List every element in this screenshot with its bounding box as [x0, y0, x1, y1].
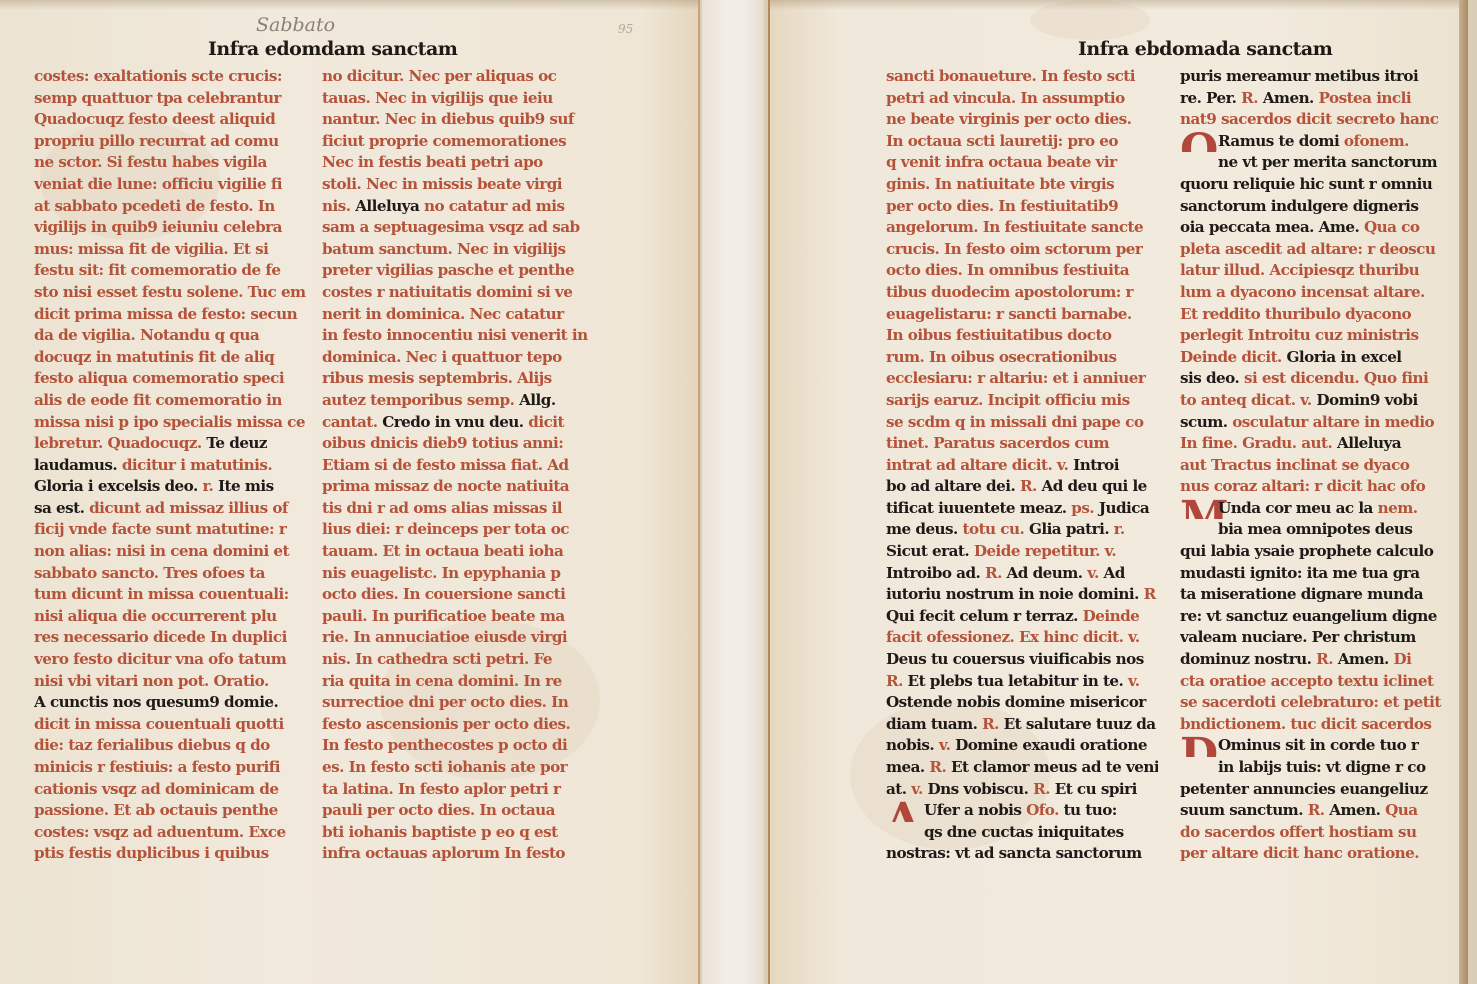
- liturgical-text: Credo in vnu deu.: [382, 413, 523, 431]
- text-line: preter vigilias pasche et penthe: [322, 260, 594, 282]
- text-line: ne vt per merita sanctorum: [1180, 152, 1452, 174]
- text-line: infra octauas aplorum In festo: [322, 843, 594, 865]
- rubric-text: tauam. Et in octaua beati ioha: [322, 542, 563, 560]
- rubric-text: die: taz ferialibus diebus q do: [34, 736, 270, 754]
- rubric-text: ribus mesis septembris. Alijs: [322, 369, 552, 387]
- rubric-text: In festo penthecostes p octo di: [322, 736, 567, 754]
- liturgical-text: Ad deu qui le: [1041, 477, 1146, 495]
- rubric-text: infra octauas aplorum In festo: [322, 844, 565, 862]
- text-line: nobis. v. Domine exaudi oratione: [886, 735, 1158, 757]
- text-line: sis deo. si est dicendu. Quo fini: [1180, 368, 1452, 390]
- rubric-text: rie. In annuciatioe eiusde virgi: [322, 628, 567, 646]
- rubric-text: pauli. In purificatioe beate ma: [322, 607, 565, 625]
- text-line: at. v. Dns vobiscu. R. Et cu spiri: [886, 779, 1158, 801]
- liturgical-text: nostras: vt ad sancta sanctorum: [886, 844, 1142, 862]
- text-line: bo ad altare dei. R. Ad deu qui le: [886, 476, 1158, 498]
- text-line: ecclesiaru: r altariu: et i anniuer: [886, 368, 1158, 390]
- text-line: Gloria i excelsis deo. r. Ite mis: [34, 476, 306, 498]
- rubric-text: sabbato sancto. Tres ofoes ta: [34, 564, 265, 582]
- running-head: Infra ebdomada sanctam: [1078, 38, 1332, 60]
- text-line: MUnda cor meu ac la nem.: [1180, 498, 1452, 520]
- text-line: q venit infra octaua beate vir: [886, 152, 1158, 174]
- text-line: petri ad vincula. In assumptio: [886, 88, 1158, 110]
- text-line: tis dni r ad oms alias missas il: [322, 498, 594, 520]
- text-line: tauam. Et in octaua beati ioha: [322, 541, 594, 563]
- rubric-text: semp quattuor tpa celebrantur: [34, 89, 281, 107]
- text-line: minicis r festiuis: a festo purifi: [34, 757, 306, 779]
- text-line: bia mea omnipotes deus: [1180, 519, 1452, 541]
- text-line: Etiam si de festo missa fiat. Ad: [322, 455, 594, 477]
- rubric-text: R.: [1020, 477, 1042, 495]
- rubric-text: intrat ad altare dicit. v.: [886, 456, 1073, 474]
- text-line: costes: vsqz ad aduentum. Exce: [34, 822, 306, 844]
- rubric-text: ecclesiaru: r altariu: et i anniuer: [886, 369, 1145, 387]
- rubric-text: preter vigilias pasche et penthe: [322, 261, 574, 279]
- rubric-text: non alias: nisi in cena domini et: [34, 542, 289, 560]
- rubric-text: v.: [1128, 672, 1139, 690]
- text-line: pleta ascedit ad altare: r deoscu: [1180, 239, 1452, 261]
- liturgical-text: Amen.: [1329, 801, 1385, 819]
- rubric-text: Deide repetitur. v.: [974, 542, 1116, 560]
- text-line: no dicitur. Nec per aliquas oc: [322, 66, 594, 88]
- liturgical-text: Allg.: [519, 391, 555, 409]
- rubric-text: r.: [202, 477, 218, 495]
- text-line: surrectioe dni per octo dies. In: [322, 692, 594, 714]
- text-line: Et reddito thuribulo dyacono: [1180, 304, 1452, 326]
- liturgical-text: sa est.: [34, 499, 89, 517]
- rubric-text: perlegit Introitu cuz ministris: [1180, 326, 1419, 344]
- liturgical-text: laudamus.: [34, 456, 122, 474]
- rubric-text: ginis. In natiuitate bte virgis: [886, 175, 1114, 193]
- running-head: Infra edomdam sanctam: [208, 38, 457, 60]
- text-line: iutoriu nostrum in noie domini. R: [886, 584, 1158, 606]
- rubric-text: R.: [982, 715, 1004, 733]
- liturgical-text: Gloria in excel: [1287, 348, 1402, 366]
- decorated-initial: M: [1180, 498, 1218, 520]
- text-line: ne sctor. Si festu habes vigila: [34, 152, 306, 174]
- rubric-text: bndictionem. tuc dicit sacerdos: [1180, 715, 1431, 733]
- liturgical-text: re. Per.: [1180, 89, 1241, 107]
- text-line: missa nisi p ipo specialis missa ce: [34, 412, 306, 434]
- text-line: ficiut proprie comemorationes: [322, 131, 594, 153]
- rubric-text: nat9 sacerdos dicit secreto hanc: [1180, 110, 1438, 128]
- text-line: nat9 sacerdos dicit secreto hanc: [1180, 109, 1452, 131]
- rubric-text: latur illud. Accipiesqz thuribu: [1180, 261, 1419, 279]
- text-line: non alias: nisi in cena domini et: [34, 541, 306, 563]
- text-line: octo dies. In omnibus festiuita: [886, 260, 1158, 282]
- text-line: bti iohanis baptiste p eo q est: [322, 822, 594, 844]
- liturgical-text: Gloria i excelsis deo.: [34, 477, 202, 495]
- liturgical-text: Ufer a nobis: [924, 801, 1026, 819]
- rubric-text: v.: [911, 780, 927, 798]
- text-line: ta latina. In festo aplor petri r: [322, 779, 594, 801]
- liturgical-text: Dns vobiscu.: [927, 780, 1033, 798]
- rubric-text: nis.: [322, 197, 355, 215]
- rubric-text: totu cu.: [963, 520, 1029, 538]
- text-line: sam a septuagesima vsqz ad sab: [322, 217, 594, 239]
- rubric-text: ficij vnde facte sunt matutine: r: [34, 520, 286, 538]
- rubric-text: Di: [1394, 650, 1412, 668]
- text-line: mudasti ignito: ita me tua gra: [1180, 563, 1452, 585]
- text-line: tauas. Nec in vigilijs que ieiu: [322, 88, 594, 110]
- text-line: me deus. totu cu. Glia patri. r.: [886, 519, 1158, 541]
- rubric-text: Etiam si de festo missa fiat. Ad: [322, 456, 569, 474]
- text-line: costes r natiuitatis domini si ve: [322, 282, 594, 304]
- rubric-text: passione. Et ab octauis penthe: [34, 801, 278, 819]
- rubric-text: cta oratioe accepto textu iclinet: [1180, 672, 1433, 690]
- rubric-text: Qua: [1385, 801, 1417, 819]
- text-line: aut Tractus inclinat se dyaco: [1180, 455, 1452, 477]
- liturgical-text: quoru reliquie hic sunt r omniu: [1180, 175, 1432, 193]
- rubric-text: ta latina. In festo aplor petri r: [322, 780, 560, 798]
- liturgical-text: Ad deum.: [1007, 564, 1088, 582]
- rubric-text: facit ofessionez. Ex hinc dicit. v.: [886, 628, 1140, 646]
- text-column-left-1: costes: exaltationis scte crucis:semp qu…: [34, 66, 306, 865]
- text-line: re. Per. R. Amen. Postea incli: [1180, 88, 1452, 110]
- text-line: perlegit Introitu cuz ministris: [1180, 325, 1452, 347]
- rubric-text: lum a dyacono incensat altare.: [1180, 283, 1425, 301]
- rubric-text: oibus dnicis dieb9 totius anni:: [322, 434, 563, 452]
- liturgical-text: Unda cor meu ac la: [1218, 499, 1378, 517]
- text-line: diam tuam. R. Et salutare tuuz da: [886, 714, 1158, 736]
- liturgical-text: re: vt sanctuz euangelium digne: [1180, 607, 1437, 625]
- rubric-text: R.: [1308, 801, 1330, 819]
- rubric-text: per altare dicit hanc oratione.: [1180, 844, 1419, 862]
- liturgical-text: qs dne cuctas iniquitates: [924, 823, 1124, 841]
- text-line: Deus tu couersus viuificabis nos: [886, 649, 1158, 671]
- text-line: nus coraz altari: r dicit hac ofo: [1180, 476, 1452, 498]
- page-top-shadow: [770, 0, 1468, 10]
- rubric-text: autez temporibus semp.: [322, 391, 519, 409]
- text-line: R. Et plebs tua letabitur in te. v.: [886, 671, 1158, 693]
- liturgical-text: mea.: [886, 758, 929, 776]
- rubric-text: R.: [1316, 650, 1338, 668]
- liturgical-text: tificat iuuentete meaz.: [886, 499, 1071, 517]
- rubric-text: r.: [1114, 520, 1125, 538]
- text-line: in festo innocentiu nisi venerit in: [322, 325, 594, 347]
- text-line: valeam nuciare. Per christum: [1180, 627, 1452, 649]
- rubric-text: festo ascensionis per octo dies.: [322, 715, 570, 733]
- text-line: semp quattuor tpa celebrantur: [34, 88, 306, 110]
- rubric-text: cantat.: [322, 413, 382, 431]
- text-line: sto nisi esset festu solene. Tuc em: [34, 282, 306, 304]
- text-line: pauli per octo dies. In octaua: [322, 800, 594, 822]
- text-line: at sabbato pcedeti de festo. In: [34, 196, 306, 218]
- text-line: AUfer a nobis Ofo. tu tuo:: [886, 800, 1158, 822]
- text-line: vero festo dicitur vna ofo tatum: [34, 649, 306, 671]
- text-line: prima missaz de nocte natiuita: [322, 476, 594, 498]
- text-line: dominica. Nec i quattuor tepo: [322, 347, 594, 369]
- rubric-text: dicit: [524, 413, 564, 431]
- text-line: pauli. In purificatioe beate ma: [322, 606, 594, 628]
- rubric-text: to anteq dicat. v.: [1180, 391, 1316, 409]
- text-line: da de vigilia. Notandu q qua: [34, 325, 306, 347]
- rubric-text: Ofo.: [1026, 801, 1063, 819]
- text-line: veniat die lune: officiu vigilie fi: [34, 174, 306, 196]
- text-line: in labijs tuis: vt digne r co: [1180, 757, 1452, 779]
- text-line: A cunctis nos quesum9 domie.: [34, 692, 306, 714]
- text-line: mus: missa fit de vigilia. Et si: [34, 239, 306, 261]
- rubric-text: ne sctor. Si festu habes vigila: [34, 153, 267, 171]
- liturgical-text: bo ad altare dei.: [886, 477, 1020, 495]
- liturgical-text: valeam nuciare. Per christum: [1180, 628, 1416, 646]
- decorated-initial: O: [1180, 131, 1218, 153]
- rubric-text: festo aliqua comemoratio speci: [34, 369, 284, 387]
- rubric-text: tauas. Nec in vigilijs que ieiu: [322, 89, 553, 107]
- text-line: laudamus. dicitur i matutinis.: [34, 455, 306, 477]
- rubric-text: sancti bonaueture. In festo scti: [886, 67, 1135, 85]
- rubric-text: res necessario dicede In duplici: [34, 628, 287, 646]
- liturgical-text: Qui fecit celum r terraz.: [886, 607, 1083, 625]
- rubric-text: nus coraz altari: r dicit hac ofo: [1180, 477, 1425, 495]
- liturgical-text: Ad: [1104, 564, 1125, 582]
- text-line: DOminus sit in corde tuo r: [1180, 735, 1452, 757]
- liturgical-text: mudasti ignito: ita me tua gra: [1180, 564, 1420, 582]
- rubric-text: nantur. Nec in diebus quib9 suf: [322, 110, 574, 128]
- rubric-text: ne beate virginis per octo dies.: [886, 110, 1131, 128]
- text-line: crucis. In festo oim sctorum per: [886, 239, 1158, 261]
- liturgical-text: qui labia ysaie prophete calculo: [1180, 542, 1433, 560]
- liturgical-text: Te deuz: [206, 434, 267, 452]
- text-line: tificat iuuentete meaz. ps. Judica: [886, 498, 1158, 520]
- liturgical-text: scum.: [1180, 413, 1232, 431]
- rubric-text: ria quita in cena domini. In re: [322, 672, 562, 690]
- text-line: es. In festo scti iohanis ate por: [322, 757, 594, 779]
- rubric-text: dicunt ad missaz illius of: [89, 499, 288, 517]
- liturgical-text: puris mereamur metibus itroi: [1180, 67, 1418, 85]
- liturgical-text: petenter annuncies euangeliuz: [1180, 780, 1428, 798]
- rubric-text: lebretur. Quadocuqz.: [34, 434, 206, 452]
- text-line: latur illud. Accipiesqz thuribu: [1180, 260, 1452, 282]
- decorated-initial: D: [1180, 735, 1218, 757]
- book-spread: Sabbato 95 Infra edomdam sanctam costes:…: [0, 0, 1477, 984]
- rubric-text: Nec in festis beati petri apo: [322, 153, 543, 171]
- liturgical-text: Ominus sit in corde tuo r: [1218, 736, 1418, 754]
- rubric-text: ptis festis duplicibus i quibus: [34, 844, 269, 862]
- rubric-text: nis. In cathedra scti petri. Fe: [322, 650, 552, 668]
- liturgical-text: Glia patri.: [1029, 520, 1114, 538]
- liturgical-text: iutoriu nostrum in noie domini.: [886, 585, 1144, 603]
- rubric-text: festu sit: fit comemoratio de fe: [34, 261, 280, 279]
- rubric-text: dicit in missa couentuali quotti: [34, 715, 284, 733]
- liturgical-text: nobis.: [886, 736, 939, 754]
- rubric-text: tinet. Paratus sacerdos cum: [886, 434, 1109, 452]
- rubric-text: batum sanctum. Nec in vigilijs: [322, 240, 566, 258]
- rubric-text: q venit infra octaua beate vir: [886, 153, 1117, 171]
- rubric-text: se scdm q in missali dni pape co: [886, 413, 1143, 431]
- text-line: euagelistaru: r sancti barnabe.: [886, 304, 1158, 326]
- text-column-right-2: puris mereamur metibus itroire. Per. R. …: [1180, 66, 1452, 865]
- text-line: In fine. Gradu. aut. Alleluya: [1180, 433, 1452, 455]
- liturgical-text: sis deo.: [1180, 369, 1244, 387]
- text-line: oibus dnicis dieb9 totius anni:: [322, 433, 594, 455]
- rubric-text: dicit prima missa de festo: secun: [34, 305, 297, 323]
- text-line: cationis vsqz ad dominicam de: [34, 779, 306, 801]
- text-line: sanctorum indulgere digneris: [1180, 196, 1452, 218]
- rubric-text: Deinde dicit.: [1180, 348, 1287, 366]
- rubric-text: Qua co: [1364, 218, 1419, 236]
- rubric-text: in festo innocentiu nisi venerit in: [322, 326, 588, 344]
- liturgical-text: suum sanctum.: [1180, 801, 1308, 819]
- liturgical-text: Introibo ad.: [886, 564, 985, 582]
- text-line: nis. Alleluya no catatur ad mis: [322, 196, 594, 218]
- rubric-text: nisi aliqua die occurrerent plu: [34, 607, 277, 625]
- text-line: ribus mesis septembris. Alijs: [322, 368, 594, 390]
- text-line: ficij vnde facte sunt matutine: r: [34, 519, 306, 541]
- text-line: dicit in missa couentuali quotti: [34, 714, 306, 736]
- text-line: Ostende nobis domine misericor: [886, 692, 1158, 714]
- liturgical-text: sanctorum indulgere digneris: [1180, 197, 1418, 215]
- rubric-text: R: [1144, 585, 1156, 603]
- text-line: petenter annuncies euangeliuz: [1180, 779, 1452, 801]
- liturgical-text: Et clamor meus ad te veni: [951, 758, 1158, 776]
- rubric-text: cationis vsqz ad dominicam de: [34, 780, 279, 798]
- text-line: per altare dicit hanc oratione.: [1180, 843, 1452, 865]
- liturgical-text: Et salutare tuuz da: [1004, 715, 1156, 733]
- rubric-text: vigilijs in quib9 ieiuniu celebra: [34, 218, 282, 236]
- text-line: se sacerdoti celebraturo: et petit: [1180, 692, 1452, 714]
- rubric-text: lius diei: r deinceps per tota oc: [322, 520, 569, 538]
- text-line: tum dicunt in missa couentuali:: [34, 584, 306, 606]
- text-line: alis de eode fit comemoratio in: [34, 390, 306, 412]
- text-line: sa est. dicunt ad missaz illius of: [34, 498, 306, 520]
- text-line: oia peccata mea. Ame. Qua co: [1180, 217, 1452, 239]
- rubric-text: crucis. In festo oim sctorum per: [886, 240, 1142, 258]
- text-line: In oibus festiuitatibus docto: [886, 325, 1158, 347]
- handwritten-heading: Sabbato: [256, 14, 335, 36]
- rubric-text: prima missaz de nocte natiuita: [322, 477, 569, 495]
- rubric-text: R.: [985, 564, 1007, 582]
- rubric-text: pleta ascedit ad altare: r deoscu: [1180, 240, 1435, 258]
- rubric-text: Postea incli: [1319, 89, 1412, 107]
- text-line: costes: exaltationis scte crucis:: [34, 66, 306, 88]
- liturgical-text: tu tuo:: [1064, 801, 1117, 819]
- rubric-text: aut Tractus inclinat se dyaco: [1180, 456, 1409, 474]
- page-top-shadow: [0, 0, 698, 10]
- text-line: nis. In cathedra scti petri. Fe: [322, 649, 594, 671]
- text-line: angelorum. In festiuitate sancte: [886, 217, 1158, 239]
- liturgical-text: Amen.: [1338, 650, 1394, 668]
- text-line: cantat. Credo in vnu deu. dicit: [322, 412, 594, 434]
- liturgical-text: at.: [886, 780, 911, 798]
- text-line: suum sanctum. R. Amen. Qua: [1180, 800, 1452, 822]
- rubric-text: nerit in dominica. Nec catatur: [322, 305, 564, 323]
- rubric-text: Quadocuqz festo deest aliquid: [34, 110, 275, 128]
- text-line: dicit prima missa de festo: secun: [34, 304, 306, 326]
- rubric-text: In oibus festiuitatibus docto: [886, 326, 1112, 344]
- rubric-text: docuqz in matutinis fit de aliq: [34, 348, 274, 366]
- gutter-binding-strip: [702, 0, 764, 984]
- rubric-text: ficiut proprie comemorationes: [322, 132, 566, 150]
- text-line: se scdm q in missali dni pape co: [886, 412, 1158, 434]
- text-line: nisi aliqua die occurrerent plu: [34, 606, 306, 628]
- text-line: In festo penthecostes p octo di: [322, 735, 594, 757]
- text-column-left-2: no dicitur. Nec per aliquas octauas. Nec…: [322, 66, 594, 865]
- rubric-text: ofonem.: [1344, 132, 1409, 150]
- text-column-right-1: sancti bonaueture. In festo sctipetri ad…: [886, 66, 1158, 865]
- rubric-text: tibus duodecim apostolorum: r: [886, 283, 1133, 301]
- rubric-text: tis dni r ad oms alias missas il: [322, 499, 562, 517]
- text-line: lebretur. Quadocuqz. Te deuz: [34, 433, 306, 455]
- text-line: sabbato sancto. Tres ofoes ta: [34, 563, 306, 585]
- rubric-text: ps.: [1071, 499, 1099, 517]
- text-line: scum. osculatur altare in medio: [1180, 412, 1452, 434]
- left-page: Sabbato 95 Infra edomdam sanctam costes:…: [0, 0, 700, 984]
- rubric-text: surrectioe dni per octo dies. In: [322, 693, 568, 711]
- rubric-text: euagelistaru: r sancti barnabe.: [886, 305, 1132, 323]
- rubric-text: octo dies. In couersione sancti: [322, 585, 565, 603]
- text-line: festo ascensionis per octo dies.: [322, 714, 594, 736]
- liturgical-text: ta miseratione dignare munda: [1180, 585, 1423, 603]
- decorated-initial: A: [886, 800, 924, 822]
- text-line: lum a dyacono incensat altare.: [1180, 282, 1452, 304]
- text-line: tinet. Paratus sacerdos cum: [886, 433, 1158, 455]
- rubric-text: costes: vsqz ad aduentum. Exce: [34, 823, 286, 841]
- rubric-text: se sacerdoti celebraturo: et petit: [1180, 693, 1441, 711]
- text-line: bndictionem. tuc dicit sacerdos: [1180, 714, 1452, 736]
- text-line: festo aliqua comemoratio speci: [34, 368, 306, 390]
- text-line: do sacerdos offert hostiam su: [1180, 822, 1452, 844]
- text-line: Sicut erat. Deide repetitur. v.: [886, 541, 1158, 563]
- rubric-text: do sacerdos offert hostiam su: [1180, 823, 1416, 841]
- text-line: dominuz nostru. R. Amen. Di: [1180, 649, 1452, 671]
- rubric-text: tum dicunt in missa couentuali:: [34, 585, 289, 603]
- rubric-text: no catatur ad mis: [419, 197, 564, 215]
- rubric-text: Et reddito thuribulo dyacono: [1180, 305, 1411, 323]
- page-edge: [1459, 0, 1468, 984]
- liturgical-text: A cunctis nos quesum9 domie.: [34, 693, 278, 711]
- liturgical-text: Ramus te domi: [1218, 132, 1344, 150]
- rubric-text: rum. In oibus osecrationibus: [886, 348, 1117, 366]
- text-line: ORamus te domi ofonem.: [1180, 131, 1452, 153]
- rubric-text: petri ad vincula. In assumptio: [886, 89, 1125, 107]
- text-line: nantur. Nec in diebus quib9 suf: [322, 109, 594, 131]
- text-line: cta oratioe accepto textu iclinet: [1180, 671, 1452, 693]
- text-line: die: taz ferialibus diebus q do: [34, 735, 306, 757]
- liturgical-text: Et cu spiri: [1055, 780, 1137, 798]
- text-line: mea. R. Et clamor meus ad te veni: [886, 757, 1158, 779]
- text-line: re: vt sanctuz euangelium digne: [1180, 606, 1452, 628]
- text-line: tibus duodecim apostolorum: r: [886, 282, 1158, 304]
- text-line: festu sit: fit comemoratio de fe: [34, 260, 306, 282]
- rubric-text: dicitur i matutinis.: [122, 456, 272, 474]
- rubric-text: da de vigilia. Notandu q qua: [34, 326, 259, 344]
- rubric-text: v.: [939, 736, 955, 754]
- text-line: autez temporibus semp. Allg.: [322, 390, 594, 412]
- rubric-text: Deinde: [1083, 607, 1140, 625]
- right-page: Infra ebdomada sanctam sancti bonaueture…: [768, 0, 1468, 984]
- rubric-text: v.: [1087, 564, 1103, 582]
- text-line: rum. In oibus osecrationibus: [886, 347, 1158, 369]
- liturgical-text: oia peccata mea. Ame.: [1180, 218, 1364, 236]
- text-line: intrat ad altare dicit. v. Introi: [886, 455, 1158, 477]
- liturgical-text: Amen.: [1263, 89, 1319, 107]
- liturgical-text: Alleluya: [1337, 434, 1401, 452]
- rubric-text: propriu pillo recurrat ad comu: [34, 132, 279, 150]
- rubric-text: vero festo dicitur vna ofo tatum: [34, 650, 286, 668]
- text-line: nis euagelistc. In epyphania p: [322, 563, 594, 585]
- rubric-text: nem.: [1378, 499, 1418, 517]
- text-line: ria quita in cena domini. In re: [322, 671, 594, 693]
- text-line: rie. In annuciatioe eiusde virgi: [322, 627, 594, 649]
- rubric-text: si est dicendu. Quo fini: [1244, 369, 1428, 387]
- rubric-text: R.: [929, 758, 951, 776]
- liturgical-text: bia mea omnipotes deus: [1218, 520, 1412, 538]
- text-line: stoli. Nec in missis beate virgi: [322, 174, 594, 196]
- text-line: sarijs earuz. Incipit officiu mis: [886, 390, 1158, 412]
- text-line: Introibo ad. R. Ad deum. v. Ad: [886, 563, 1158, 585]
- text-line: Qui fecit celum r terraz. Deinde: [886, 606, 1158, 628]
